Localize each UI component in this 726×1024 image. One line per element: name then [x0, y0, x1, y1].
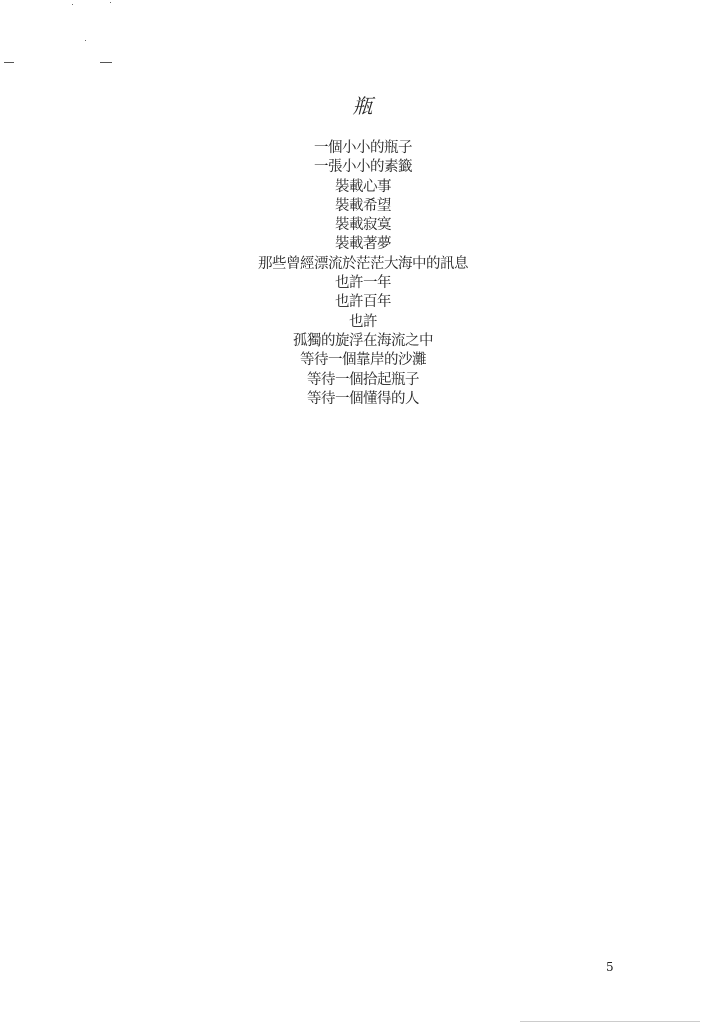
poem-line: 那些曾經漂流於茫茫大海中的訊息	[0, 255, 726, 274]
scan-artifact	[110, 2, 111, 3]
poem-line: 裝載心事	[0, 178, 726, 197]
poem-line: 等待一個靠岸的沙灘	[0, 351, 726, 370]
poem-title: 瓶	[0, 90, 726, 119]
document-page: 瓶 一個小小的瓶子 一張小小的素籤 裝載心事 裝載希望 裝載寂寞 裝載著夢 那些…	[0, 0, 726, 1024]
poem-line: 等待一個拾起瓶子	[0, 371, 726, 390]
poem-line: 等待一個懂得的人	[0, 390, 726, 409]
poem-line: 裝載著夢	[0, 235, 726, 254]
scan-artifact	[100, 62, 112, 63]
poem-line: 孤獨的旋浮在海流之中	[0, 332, 726, 351]
poem-line: 裝載寂寞	[0, 216, 726, 235]
page-number: 5	[606, 960, 614, 974]
poem-line: 也許	[0, 313, 726, 332]
poem-line: 也許百年	[0, 293, 726, 312]
poem-line: 一張小小的素籤	[0, 158, 726, 177]
poem-body: 一個小小的瓶子 一張小小的素籤 裝載心事 裝載希望 裝載寂寞 裝載著夢 那些曾經…	[0, 139, 726, 409]
scan-artifact	[72, 4, 73, 5]
poem-line: 裝載希望	[0, 197, 726, 216]
scan-artifact	[85, 40, 86, 41]
poem-line: 也許一年	[0, 274, 726, 293]
scan-artifact	[4, 62, 14, 63]
poem-line: 一個小小的瓶子	[0, 139, 726, 158]
scan-edge	[520, 1021, 700, 1022]
